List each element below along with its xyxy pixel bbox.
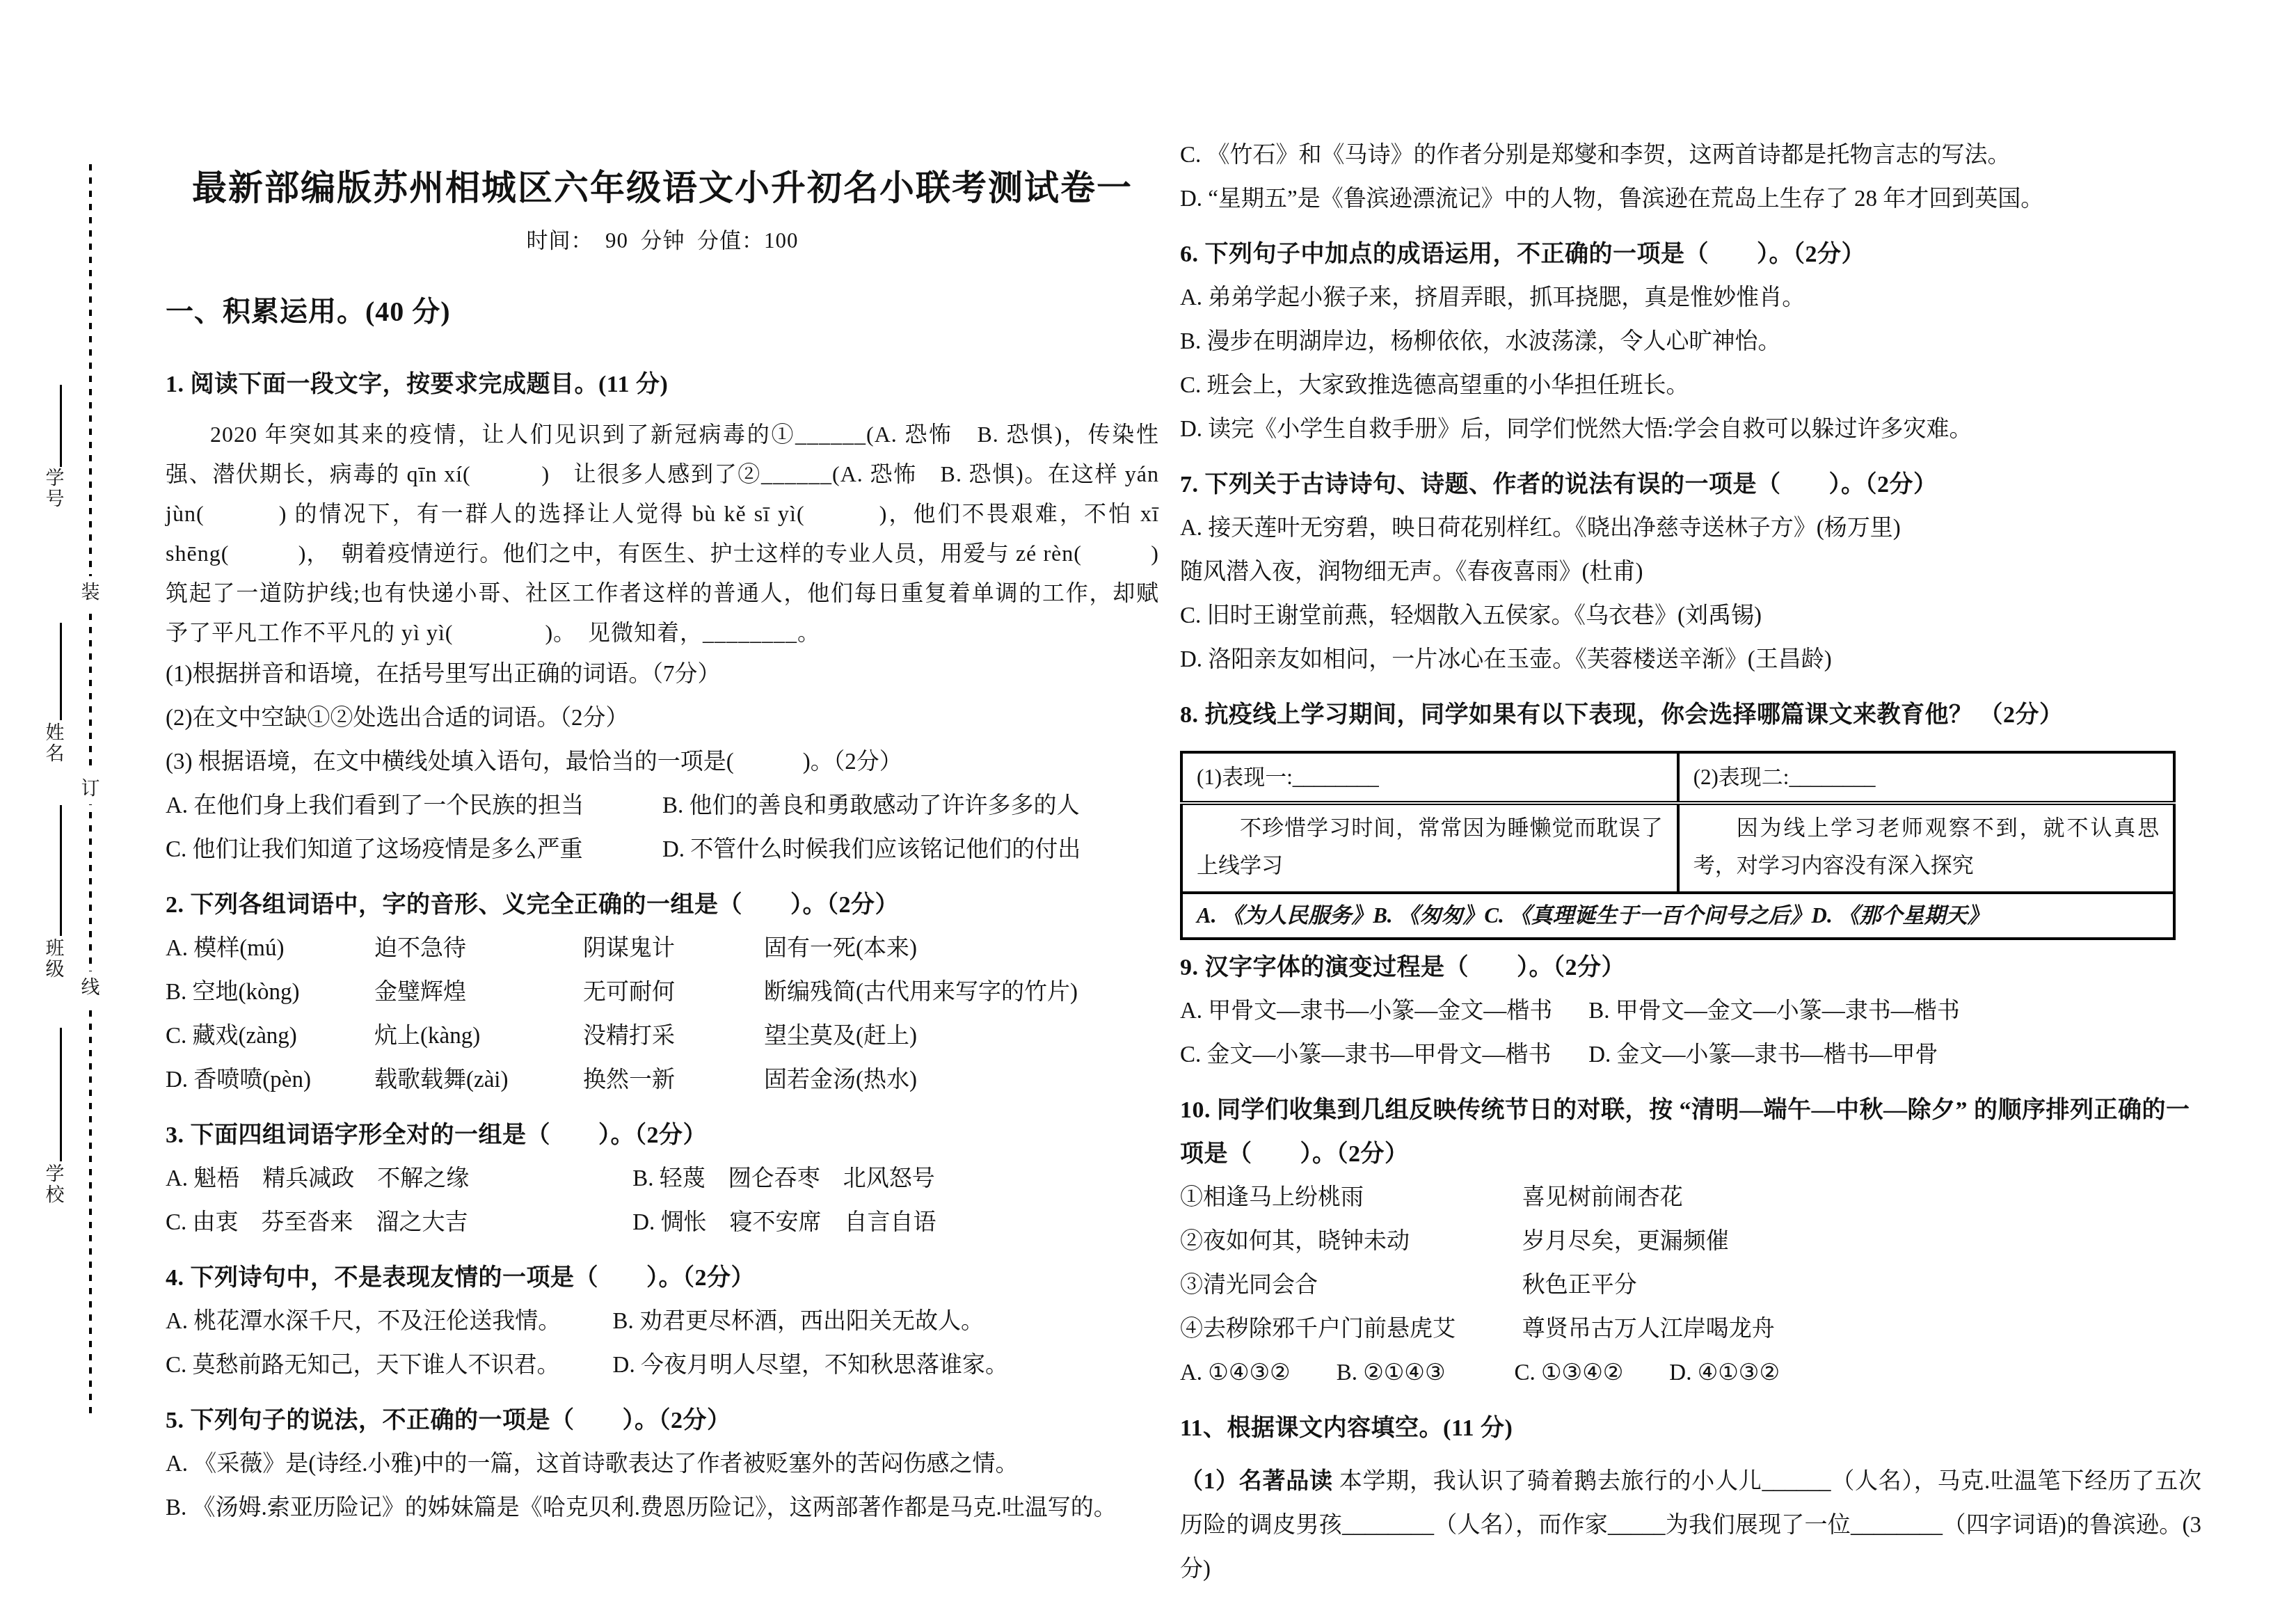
margin-blank-line [60,385,62,467]
q2-option-a-word3: 阴谋鬼计 [583,927,764,971]
q6-option-b: B. 漫步在明湖岸边，杨柳依依，水波荡漾，令人心旷神怡。 [1180,320,2201,364]
q1-option-a: A. 在他们身上我们看到了一个民族的担当 [166,784,662,828]
q6-option-c: C. 班会上，大家致推选德高望重的小华担任班长。 [1180,364,2201,408]
margin-blank-line [60,805,62,936]
binding-char-xian: 线 [77,971,104,1003]
q8-table-footer-row: A. 《为人民服务》B. 《匆匆》C. 《真理诞生于一百个问号之后》D. 《那个… [1181,893,2174,939]
q1-option-row-cd: C. 他们让我们知道了这场疫情是多么严重 D. 不管什么时候我们应该铭记他们的付… [166,828,1159,872]
q10-stem: 10. 同学们收集到几组反映传统节日的对联，按 “清明—端午—中秋—除夕” 的顺… [1180,1088,2201,1176]
q3-option-b: B. 轻蔑 囫仑吞枣 北风怒号 [632,1157,935,1201]
q10-couplet-3: ③清光同会合 秋色正平分 [1180,1264,2201,1307]
q1-sub-3: (3) 根据语境，在文中横线处填入语句，最恰当的一项是( )。（2分） [166,740,1159,784]
q8-table-header-row: (1)表现一:________ (2)表现二:________ [1181,752,2174,803]
q7-option-b: 随风潜入夜，润物细无声。《春夜喜雨》(杜甫) [1180,550,2201,594]
q2-option-c-row: C. 藏戏(zàng) 炕上(kàng) 没精打采 望尘莫及(赶上) [166,1015,1159,1058]
q10-couplet-4: ④去秽除邪千户门前悬虎艾 尊贤吊古万人江岸喝龙舟 [1180,1307,2201,1351]
q4-stem: 4. 下列诗句中，不是表现友情的一项是（ ）。（2分） [166,1256,1159,1300]
q9-option-a: A. 甲骨文—隶书—小篆—金文—楷书 [1180,989,1588,1033]
q10-couplet-3-left: ③清光同会合 [1180,1264,1522,1307]
q6-stem: 6. 下列句子中加点的成语运用，不正确的一项是（ ）。（2分） [1180,232,2201,276]
q2-option-d: D. 香喷喷(pèn) [166,1058,374,1102]
q2-option-d-row: D. 香喷喷(pèn) 载歌载舞(zài) 换然一新 固若金汤(热水) [166,1058,1159,1102]
q10-couplet-4-left: ④去秽除邪千户门前悬虎艾 [1180,1307,1522,1351]
q2-option-c-word2: 炕上(kàng) [374,1015,583,1058]
q2-option-a: A. 模样(mú) [166,927,374,971]
q5-option-b: B. 《汤姆.索亚历险记》的姊妹篇是《哈克贝利.费恩历险记》，这两部著作都是马克… [166,1486,1159,1530]
q2-option-b-row: B. 空地(kòng) 金璧辉煌 无可耐何 断编残简(古代用来写字的竹片) [166,971,1159,1015]
q5-option-d: D. “星期五”是《鲁滨逊漂流记》中的人物，鲁滨逊在荒岛上生存了 28 年才回到… [1180,177,2201,221]
q3-option-a: A. 魁梧 精兵减政 不解之缘 [166,1157,632,1201]
q11-stem: 11、根据课文内容填空。(11 分) [1180,1406,2201,1450]
binding-char-zhuang: 装 [77,576,104,608]
left-column: 最新部编版苏州相城区六年级语文小升初名小联考测试卷一 时间： 90 分钟 分值：… [166,166,1159,1530]
q4-option-row-ab: A. 桃花潭水深千尺，不及汪伦送我情。 B. 劝君更尽杯酒，西出阳关无故人。 [166,1300,1159,1344]
binding-char-ding: 订 [77,772,104,804]
section-heading: 一、积累运用。(40 分) [166,293,1159,331]
q10-couplet-4-right: 尊贤吊古万人江岸喝龙舟 [1522,1307,1775,1351]
q4-option-d: D. 今夜月明人尽望，不知秋思落谁家。 [613,1344,1008,1388]
q2-option-a-word4: 固有一死(本来) [764,927,1159,971]
q1-option-c: C. 他们让我们知道了这场疫情是多么严重 [166,828,662,872]
page-title: 最新部编版苏州相城区六年级语文小升初名小联考测试卷一 [166,166,1159,210]
q2-option-c: C. 藏戏(zàng) [166,1015,374,1058]
q2-option-c-word4: 望尘莫及(赶上) [764,1015,1159,1058]
q2-option-d-word4: 固若金汤(热水) [764,1058,1159,1102]
q10-couplet-1: ①相逢马上纷桃雨 喜见树前闹杏花 [1180,1176,2201,1220]
q8-table-header-2: (2)表现二:________ [1678,752,2175,803]
q10-couplet-2: ②夜如何其，晓钟未动 岁月尽矣，更漏频催 [1180,1220,2201,1264]
q1-option-d: D. 不管什么时候我们应该铭记他们的付出 [662,828,1081,872]
q9-option-row-cd: C. 金文—小篆—隶书—甲骨文—楷书 D. 金文—小篆—隶书—楷书—甲骨 [1180,1033,2201,1077]
q3-option-d: D. 惆怅 寝不安席 自言自语 [632,1201,936,1245]
q1-option-row-ab: A. 在他们身上我们看到了一个民族的担当 B. 他们的善良和勇敢感动了许许多多的… [166,784,1159,828]
q4-option-row-cd: C. 莫愁前路无知己，天下谁人不识君。 D. 今夜月明人尽望，不知秋思落谁家。 [166,1344,1159,1388]
q11-sub1: （1）名著品读 本学期，我认识了骑着鹅去旅行的小人儿______（人名），马克.… [1180,1460,2201,1591]
q4-option-b: B. 劝君更尽杯酒，西出阳关无故人。 [613,1300,984,1344]
q6-option-a: A. 弟弟学起小猴子来，挤眉弄眼，抓耳挠腮，真是惟妙惟肖。 [1180,276,2201,320]
q7-option-d: D. 洛阳亲友如相问，一片冰心在玉壶。《芙蓉楼送辛渐》(王昌龄) [1180,638,2201,682]
q1-passage: 2020 年突如其来的疫情，让人们见识到了新冠病毒的①______(A. 恐怖 … [166,415,1159,653]
q10-couplet-2-left: ②夜如何其，晓钟未动 [1180,1220,1522,1264]
q10-couplet-1-left: ①相逢马上纷桃雨 [1180,1176,1522,1220]
q7-stem: 7. 下列关于古诗诗句、诗题、作者的说法有误的一项是（ ）。（2分） [1180,463,2201,507]
q2-option-b-word4: 断编残简(古代用来写字的竹片) [764,971,1159,1015]
q7-option-c: C. 旧时王谢堂前燕，轻烟散入五侯家。《乌衣巷》(刘禹锡) [1180,594,2201,638]
q5-option-a: A. 《采薇》是(诗经.小雅)中的一篇，这首诗歌表达了作者被贬塞外的苦闷伤感之情… [166,1442,1159,1486]
q3-option-row-cd: C. 由衷 芬至沓来 溜之大吉 D. 惆怅 寝不安席 自言自语 [166,1201,1159,1245]
q5-stem: 5. 下列句子的说法，不正确的一项是（ ）。（2分） [166,1399,1159,1442]
q3-stem: 3. 下面四组词语字形全对的一组是（ ）。（2分） [166,1113,1159,1157]
exam-meta: 时间： 90 分钟 分值：100 [166,223,1159,254]
margin-label-class: 班级 [45,938,65,980]
q9-option-c: C. 金文—小篆—隶书—甲骨文—楷书 [1180,1033,1588,1077]
q1-sub-1: (1)根据拼音和语境，在括号里写出正确的词语。（7分） [166,653,1159,697]
q2-option-a-word2: 迫不急待 [374,927,583,971]
q2-stem: 2. 下列各组词语中，字的音形、义完全正确的一组是（ ）。（2分） [166,883,1159,927]
q8-table: (1)表现一:________ (2)表现二:________ 不珍惜学习时间，… [1180,751,2176,940]
q10-options: A. ①④③② B. ②①④③ C. ①③④② D. ④①③② [1180,1351,2201,1395]
q8-table-cell-1: 不珍惜学习时间，常常因为睡懒觉而耽误了上线学习 [1181,803,1678,893]
q1-option-b: B. 他们的善良和勇敢感动了许许多多的人 [662,784,1080,828]
q10-couplet-1-right: 喜见树前闹杏花 [1522,1176,1683,1220]
q10-couplet-3-right: 秋色正平分 [1522,1264,1637,1307]
q6-option-d: D. 读完《小学生自救手册》后，同学们恍然大悟:学会自救可以躲过许多灾难。 [1180,408,2201,452]
q5-option-c: C. 《竹石》和《马诗》的作者分别是郑燮和李贺，这两首诗都是托物言志的写法。 [1180,134,2201,177]
q2-option-c-word3: 没精打采 [583,1015,764,1058]
exam-page: 学号 姓名 班级 学校 装 订 线 最新部编版苏州相城区六年级语文小升初名小联考… [0,0,2296,1622]
q2-option-a-row: A. 模样(mú) 迫不急待 阴谋鬼计 固有一死(本来) [166,927,1159,971]
q8-table-options: A. 《为人民服务》B. 《匆匆》C. 《真理诞生于一百个问号之后》D. 《那个… [1181,893,2174,939]
q10-couplet-2-right: 岁月尽矣，更漏频催 [1522,1220,1729,1264]
margin-label-student-number: 学号 [45,468,65,509]
q8-table-body-row: 不珍惜学习时间，常常因为睡懒觉而耽误了上线学习 因为线上学习老师观察不到，就不认… [1181,803,2174,893]
q9-option-b: B. 甲骨文—金文—小篆—隶书—楷书 [1588,989,1960,1033]
right-column: C. 《竹石》和《马诗》的作者分别是郑燮和李贺，这两首诗都是托物言志的写法。 D… [1180,134,2201,1614]
q8-table-cell-2: 因为线上学习老师观察不到，就不认真思考，对学习内容没有深入探究 [1678,803,2175,893]
margin-label-name: 姓名 [45,722,65,764]
q2-option-b-word3: 无可耐何 [583,971,764,1015]
q3-option-c: C. 由衷 芬至沓来 溜之大吉 [166,1201,632,1245]
q7-option-a: A. 接天莲叶无穷碧，映日荷花别样红。《晓出净慈寺送林子方》(杨万里) [1180,507,2201,550]
q1-stem: 1. 阅读下面一段文字，按要求完成题目。(11 分) [166,363,1159,406]
q11-sub1-label: （1）名著品读 [1180,1469,1333,1494]
q9-option-d: D. 金文—小篆—隶书—楷书—甲骨 [1588,1033,1938,1077]
margin-label-school: 学校 [45,1163,65,1205]
q4-option-c: C. 莫愁前路无知己，天下谁人不识君。 [166,1344,613,1388]
q11-sub1-text: 本学期，我认识了骑着鹅去旅行的小人儿______（人名），马克.吐温笔下经历了五… [1180,1469,2201,1582]
q4-option-a: A. 桃花潭水深千尺，不及汪伦送我情。 [166,1300,613,1344]
q8-table-header-1: (1)表现一:________ [1181,752,1678,803]
margin-blank-line [60,623,62,720]
q2-option-d-word3: 换然一新 [583,1058,764,1102]
q2-option-d-word2: 载歌载舞(zài) [374,1058,583,1102]
q9-option-row-ab: A. 甲骨文—隶书—小篆—金文—楷书 B. 甲骨文—金文—小篆—隶书—楷书 [1180,989,2201,1033]
q2-option-b-word2: 金璧辉煌 [374,971,583,1015]
q9-stem: 9. 汉字字体的演变过程是（ ）。（2分） [1180,946,2201,989]
q2-option-b: B. 空地(kòng) [166,971,374,1015]
q1-sub-2: (2)在文中空缺①②处选出合适的词语。（2分） [166,697,1159,740]
margin-blank-line [60,1028,62,1161]
q8-stem: 8. 抗疫线上学习期间，同学如果有以下表现，你会选择哪篇课文来教育他？ （2分） [1180,693,2201,737]
q3-option-row-ab: A. 魁梧 精兵减政 不解之缘 B. 轻蔑 囫仑吞枣 北风怒号 [166,1157,1159,1201]
